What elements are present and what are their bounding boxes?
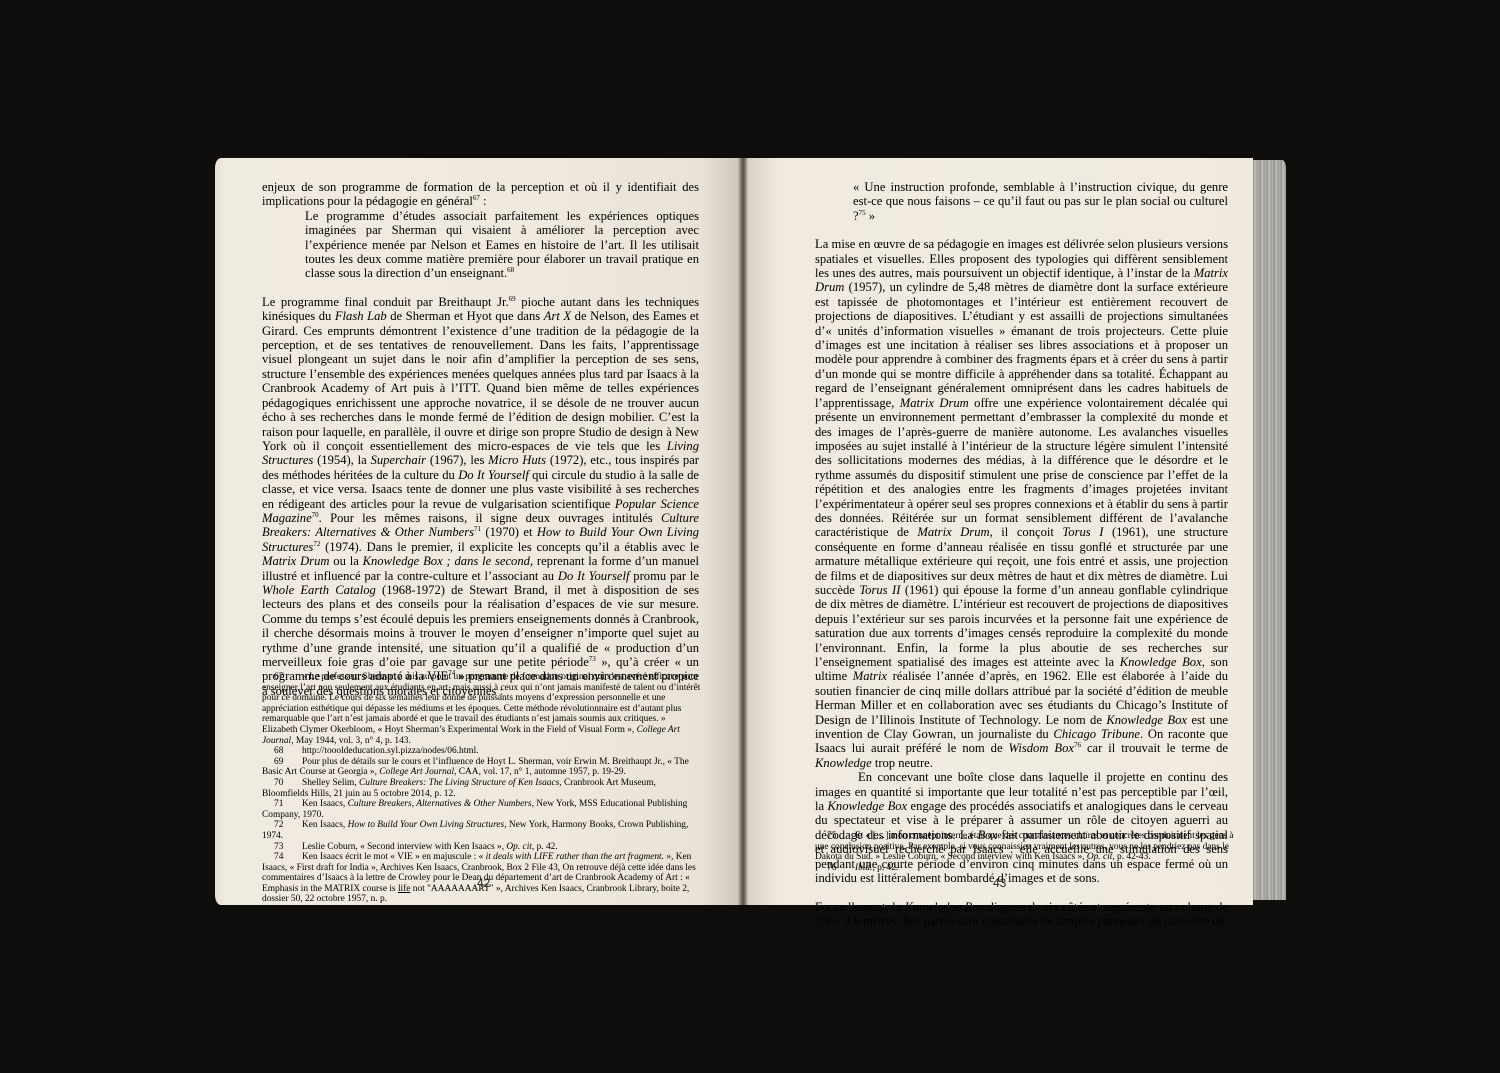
italic-title: Knowledge Box bbox=[905, 900, 985, 914]
italic-title: Torus I bbox=[1062, 525, 1103, 539]
page-number-left: 42 bbox=[477, 876, 490, 890]
italic-title: Knowledge bbox=[815, 756, 872, 770]
paragraph-main: Le programme final conduit par Breithaup… bbox=[262, 295, 699, 698]
footnote-number: 76 bbox=[815, 863, 855, 874]
italic-title: Torus II bbox=[859, 583, 900, 597]
italic-title: Flash Lab bbox=[335, 309, 387, 323]
footnote: 68http://toooldeducation.syl.pizza/nodes… bbox=[262, 746, 702, 757]
footnote: 75Et « […] mon concept interne était que… bbox=[815, 831, 1235, 863]
footnote-ref[interactable]: 70 bbox=[312, 511, 319, 519]
open-book: enjeux de son programme de formation de … bbox=[0, 0, 1500, 1073]
footnote: 69Pour plus de détails sur le cours et l… bbox=[262, 757, 702, 778]
italic-title: College Art Journal bbox=[379, 767, 454, 777]
text-run: « Une instruction profonde, semblable à … bbox=[853, 180, 1228, 223]
footnote-ref[interactable]: 71 bbox=[474, 525, 481, 533]
italic-title: Living Structures bbox=[262, 439, 699, 467]
italic-title: Ibid. bbox=[855, 863, 872, 873]
italic-title: College Art Journal bbox=[262, 725, 680, 746]
left-footnotes: 67« Le professeur Sherman a mis au point… bbox=[262, 672, 702, 905]
footnote: 67« Le professeur Sherman a mis au point… bbox=[262, 672, 702, 746]
text-run: » bbox=[866, 209, 875, 223]
italic-title: Matrix bbox=[853, 669, 887, 683]
italic-title: Matrix Drum bbox=[917, 525, 989, 539]
italic-title: Do It Yourself bbox=[558, 569, 630, 583]
italic-title: Culture Breakers: The Living Structure o… bbox=[359, 778, 559, 788]
right-page-body: « Une instruction profonde, semblable à … bbox=[815, 180, 1228, 928]
block-quote: Le programme d’études associait parfaite… bbox=[305, 209, 699, 281]
italic-title: Knowledge Box bbox=[1120, 655, 1202, 669]
footnote: 76Ibid., p. 42. bbox=[815, 863, 1235, 874]
paragraph-1: La mise en œuvre de sa pédagogie en imag… bbox=[815, 237, 1228, 770]
paragraph-intro: enjeux de son programme de formation de … bbox=[262, 180, 699, 209]
block-quote: « Une instruction profonde, semblable à … bbox=[853, 180, 1228, 223]
italic-title: Whole Earth Catalog bbox=[262, 583, 376, 597]
spacer bbox=[815, 223, 1228, 237]
italic-title: Superchair bbox=[371, 453, 427, 467]
right-footnotes: 75Et « […] mon concept interne était que… bbox=[815, 831, 1235, 873]
footnote-ref[interactable]: 72 bbox=[313, 540, 320, 548]
footnote-number: 75 bbox=[815, 831, 855, 842]
text-run: Le programme d’études associait parfaite… bbox=[305, 209, 699, 281]
italic-title: Knowledge Box bbox=[828, 799, 908, 813]
footnote: 70Shelley Selim, Culture Breakers: The L… bbox=[262, 778, 702, 799]
page-number-right: 43 bbox=[993, 876, 1006, 890]
italic-title: Do It Yourself bbox=[458, 468, 529, 482]
spacer bbox=[815, 886, 1228, 900]
italic-title: Popular Science Magazine bbox=[262, 497, 699, 525]
footnote-number: 68 bbox=[262, 746, 302, 757]
italic-title: Wisdom Box bbox=[1009, 741, 1074, 755]
text-run: : bbox=[480, 194, 487, 208]
italic-title: How to Build Your Own Living Structures bbox=[348, 820, 505, 830]
footnote-number: 73 bbox=[262, 842, 302, 853]
footnote-number: 67 bbox=[262, 672, 302, 683]
italic-title: Knowledge Box ; dans le second, bbox=[363, 554, 533, 568]
footnote: 71Ken Isaacs, Culture Breakers, Alternat… bbox=[262, 799, 702, 820]
footnote-ref[interactable]: 76 bbox=[1074, 741, 1081, 749]
footnote-ref[interactable]: 68 bbox=[507, 266, 514, 274]
spacer bbox=[262, 281, 699, 295]
paragraph-3: Formellement, la Knowledge Box dispose d… bbox=[815, 900, 1228, 929]
footnote-ref[interactable]: 67 bbox=[473, 194, 480, 202]
italic-title: it deals with LIFE rather than the art f… bbox=[486, 852, 664, 862]
italic-title: Culture Breakers, Alternatives & Other N… bbox=[348, 799, 532, 809]
italic-title: Op. cit bbox=[506, 842, 532, 852]
italic-title: Micro Huts bbox=[488, 453, 546, 467]
underlined-text: life bbox=[398, 884, 411, 894]
page-edge-stack bbox=[1250, 160, 1286, 900]
footnote-ref[interactable]: 73 bbox=[589, 655, 596, 663]
italic-title: Art X bbox=[544, 309, 571, 323]
footnote: 73Leslie Coburn, « Second interview with… bbox=[262, 842, 702, 853]
footnote: 72Ken Isaacs, How to Build Your Own Livi… bbox=[262, 820, 702, 841]
footnote-number: 71 bbox=[262, 799, 302, 810]
left-page-body: enjeux de son programme de formation de … bbox=[262, 180, 699, 698]
italic-title: Op. cit bbox=[1087, 852, 1113, 862]
italic-title: Chicago Tribune bbox=[1053, 727, 1140, 741]
footnote-number: 69 bbox=[262, 757, 302, 768]
book-spine bbox=[738, 158, 748, 905]
footnote-number: 74 bbox=[262, 852, 302, 863]
italic-title: Knowledge Box bbox=[1106, 713, 1187, 727]
footnote-number: 70 bbox=[262, 778, 302, 789]
footnote-ref[interactable]: 69 bbox=[509, 295, 516, 303]
italic-title: Matrix Drum bbox=[900, 396, 969, 410]
footnote-ref[interactable]: 75 bbox=[859, 209, 866, 217]
italic-title: Matrix Drum bbox=[815, 266, 1228, 294]
italic-title: Matrix Drum bbox=[262, 554, 329, 568]
footnote-number: 72 bbox=[262, 820, 302, 831]
